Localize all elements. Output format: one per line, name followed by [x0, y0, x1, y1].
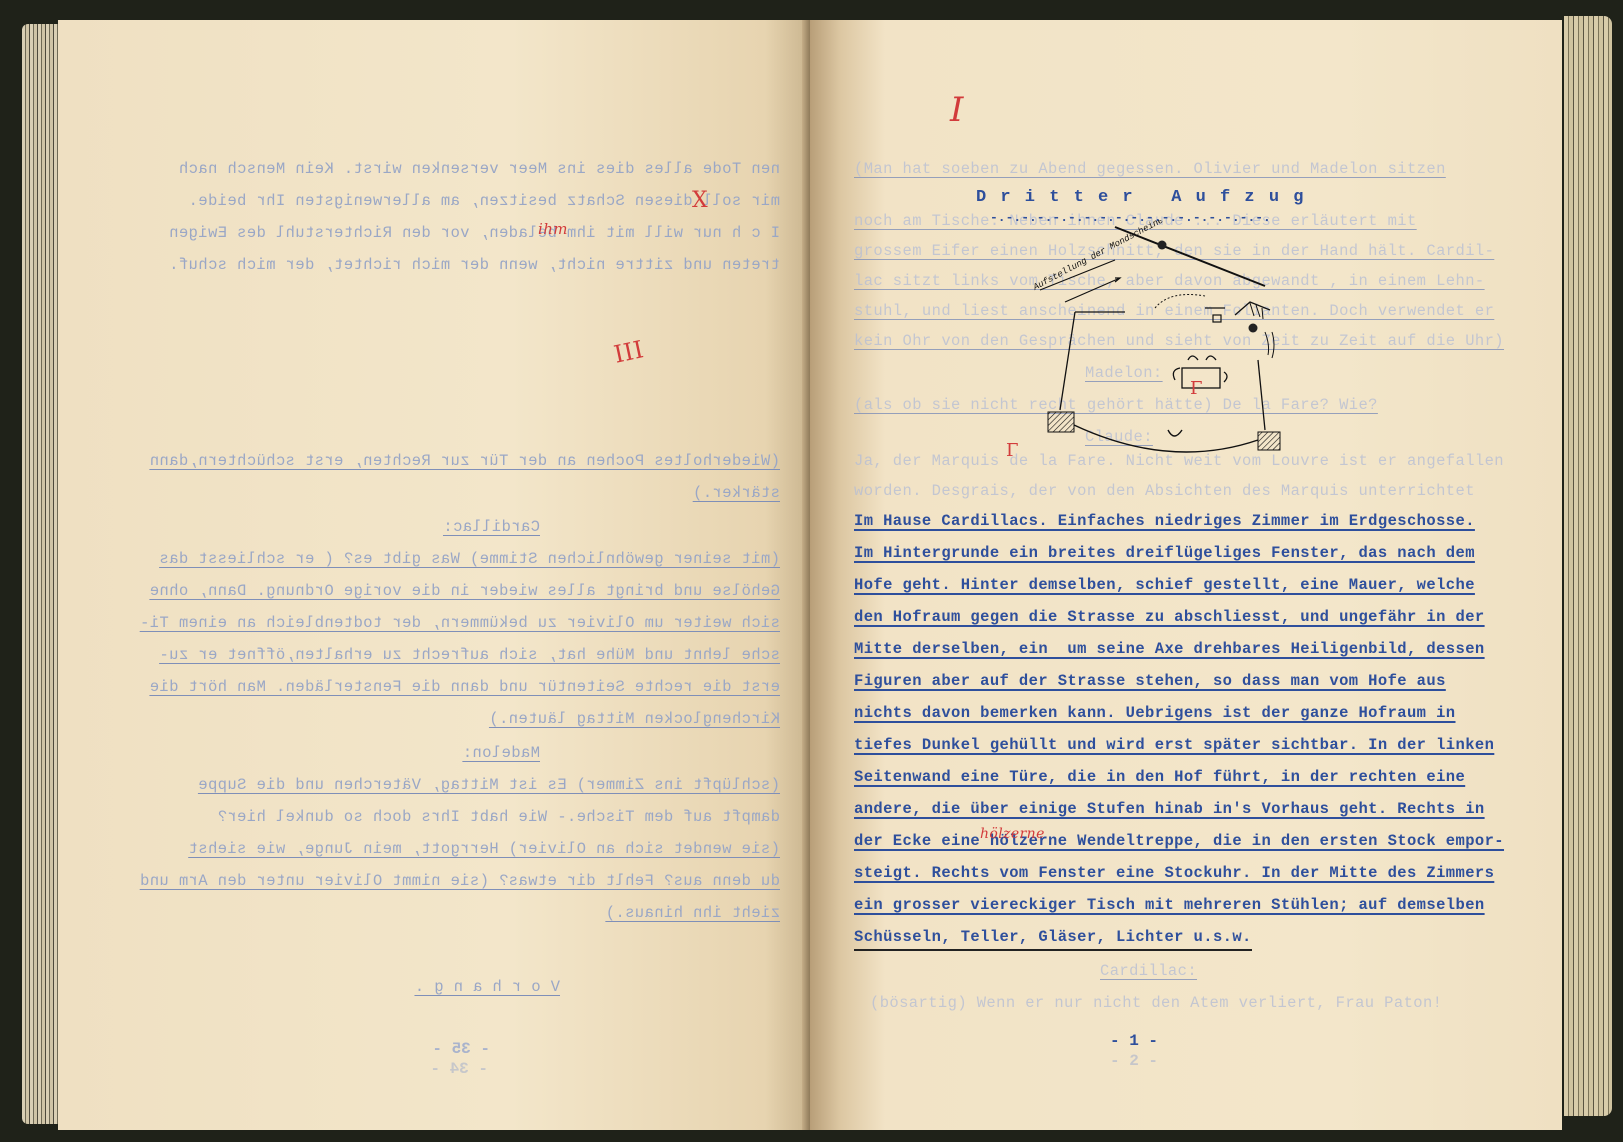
red-correction-ihm: ihm — [538, 220, 568, 238]
right-ghost-page-number: - 2 - — [1110, 1052, 1158, 1070]
stage-line-1: Im Hause Cardillacs. Einfaches niedriges… — [854, 512, 1475, 530]
stage-line-4: den Hofraum gegen die Strasse zu abschli… — [854, 608, 1485, 626]
red-correction-hoelzerne: hölzerne — [980, 826, 1045, 842]
right-page: I (Man hat soeben zu Abend gegessen. Oli… — [810, 20, 1562, 1130]
stage-line-13: ein grosser viereckiger Tisch mit mehrer… — [854, 896, 1485, 914]
left-line-9: Gehölse und bringt alles wieder in die v… — [149, 582, 780, 600]
left-line-18: du denn aus? Fehlt dir etwas? (sie nimmt… — [140, 872, 780, 890]
stage-line-7: nichts davon bemerken kann. Uebrigens is… — [854, 704, 1456, 722]
left-line-4: treten und zittre nicht, wenn der mich r… — [169, 256, 780, 274]
faint-line-11: worden. Desgrais, der von den Absichten … — [854, 482, 1475, 500]
right-page-number: - 1 - — [1110, 1032, 1158, 1050]
left-line-11: sche lehnt und Mühe hat, sich aufrecht z… — [159, 646, 780, 664]
left-line-12: erst die rechte Seitentür und dann die F… — [149, 678, 780, 696]
left-line-19: zieht ihn hinaus.) — [605, 904, 780, 922]
faint-line-1: (Man hat soeben zu Abend gegessen. Olivi… — [854, 160, 1446, 178]
left-line-3: I c h nur will mit ihm beladen, vor den … — [169, 224, 780, 242]
left-line-16: dampft auf dem Tische.- Wie habt Ihrs do… — [217, 808, 780, 826]
stage-diagram-sketch: Aufstellung der Mondscheine — [1010, 220, 1530, 460]
left-line-6: stärker.) — [693, 484, 780, 502]
red-mark-f-2: Γ — [1006, 440, 1019, 461]
left-speaker-madelon: Madelon: — [462, 744, 540, 762]
stage-line-5: Mitte derselben, ein um seine Axe drehba… — [854, 640, 1485, 658]
left-ghost-page-number: - 34 - — [430, 1060, 488, 1078]
diagram-annotation: Aufstellung der Mondscheine — [1031, 220, 1165, 293]
red-mark-f-1: Γ — [1190, 378, 1203, 399]
stage-line-14: Schüsseln, Teller, Gläser, Lichter u.s.w… — [854, 928, 1252, 951]
page-edges-right — [1564, 16, 1612, 1116]
stage-line-9: Seitenwand eine Türe, die in den Hof füh… — [854, 768, 1465, 786]
faint-line-13: (bösartig) Wenn er nur nicht den Atem ve… — [870, 994, 1442, 1012]
red-mark-x: X — [692, 188, 708, 213]
stage-line-6: Figuren aber auf der Strasse stehen, so … — [854, 672, 1446, 690]
stage-line-10: andere, die über einige Stufen hinab in'… — [854, 800, 1485, 818]
left-line-10: sich weiter um Olivier zu bekümmern, der… — [140, 614, 780, 632]
left-vorhang: V o r h a n g . — [414, 978, 560, 996]
red-act-mark: I — [950, 90, 964, 130]
open-book: nen Tode alles dies ins Meer versenken w… — [22, 10, 1612, 1135]
stage-line-12: steigt. Rechts vom Fenster eine Stockuhr… — [854, 864, 1494, 882]
left-line-8: (mit seiner gewöhnlichen Stimme) Was gib… — [159, 550, 780, 568]
stage-line-3: Hofe geht. Hinter demselben, schief gest… — [854, 576, 1475, 594]
left-line-13: Kirchenglocken Mittag läuten.) — [489, 710, 780, 728]
stage-line-8: tiefes Dunkel gehüllt und wird erst spät… — [854, 736, 1494, 754]
left-line-15: (schlüpft ins Zimmer) Es ist Mittag, Vät… — [198, 776, 780, 794]
left-line-1: nen Tode alles dies ins Meer versenken w… — [179, 160, 781, 178]
stage-line-11: der Ecke eine hölzerne Wendeltreppe, die… — [854, 832, 1504, 850]
left-line-17: (sie wendet sich an Olivier) Herrgott, m… — [188, 840, 780, 858]
left-page: nen Tode alles dies ins Meer versenken w… — [58, 20, 810, 1130]
left-speaker-cardillac: Cardillac: — [443, 518, 540, 536]
left-page-number: - 35 - — [432, 1040, 490, 1058]
mirrored-text-block: nen Tode alles dies ins Meer versenken w… — [58, 20, 810, 1130]
act-heading: D r i t t e r A u f z u g — [976, 188, 1305, 207]
faint-speaker-cardillac: Cardillac: — [1100, 962, 1197, 980]
stage-line-2: Im Hintergrunde ein breites dreiflügelig… — [854, 544, 1475, 562]
left-line-5: (Wiederholtes Pochen an der Tür zur Rech… — [149, 452, 780, 470]
